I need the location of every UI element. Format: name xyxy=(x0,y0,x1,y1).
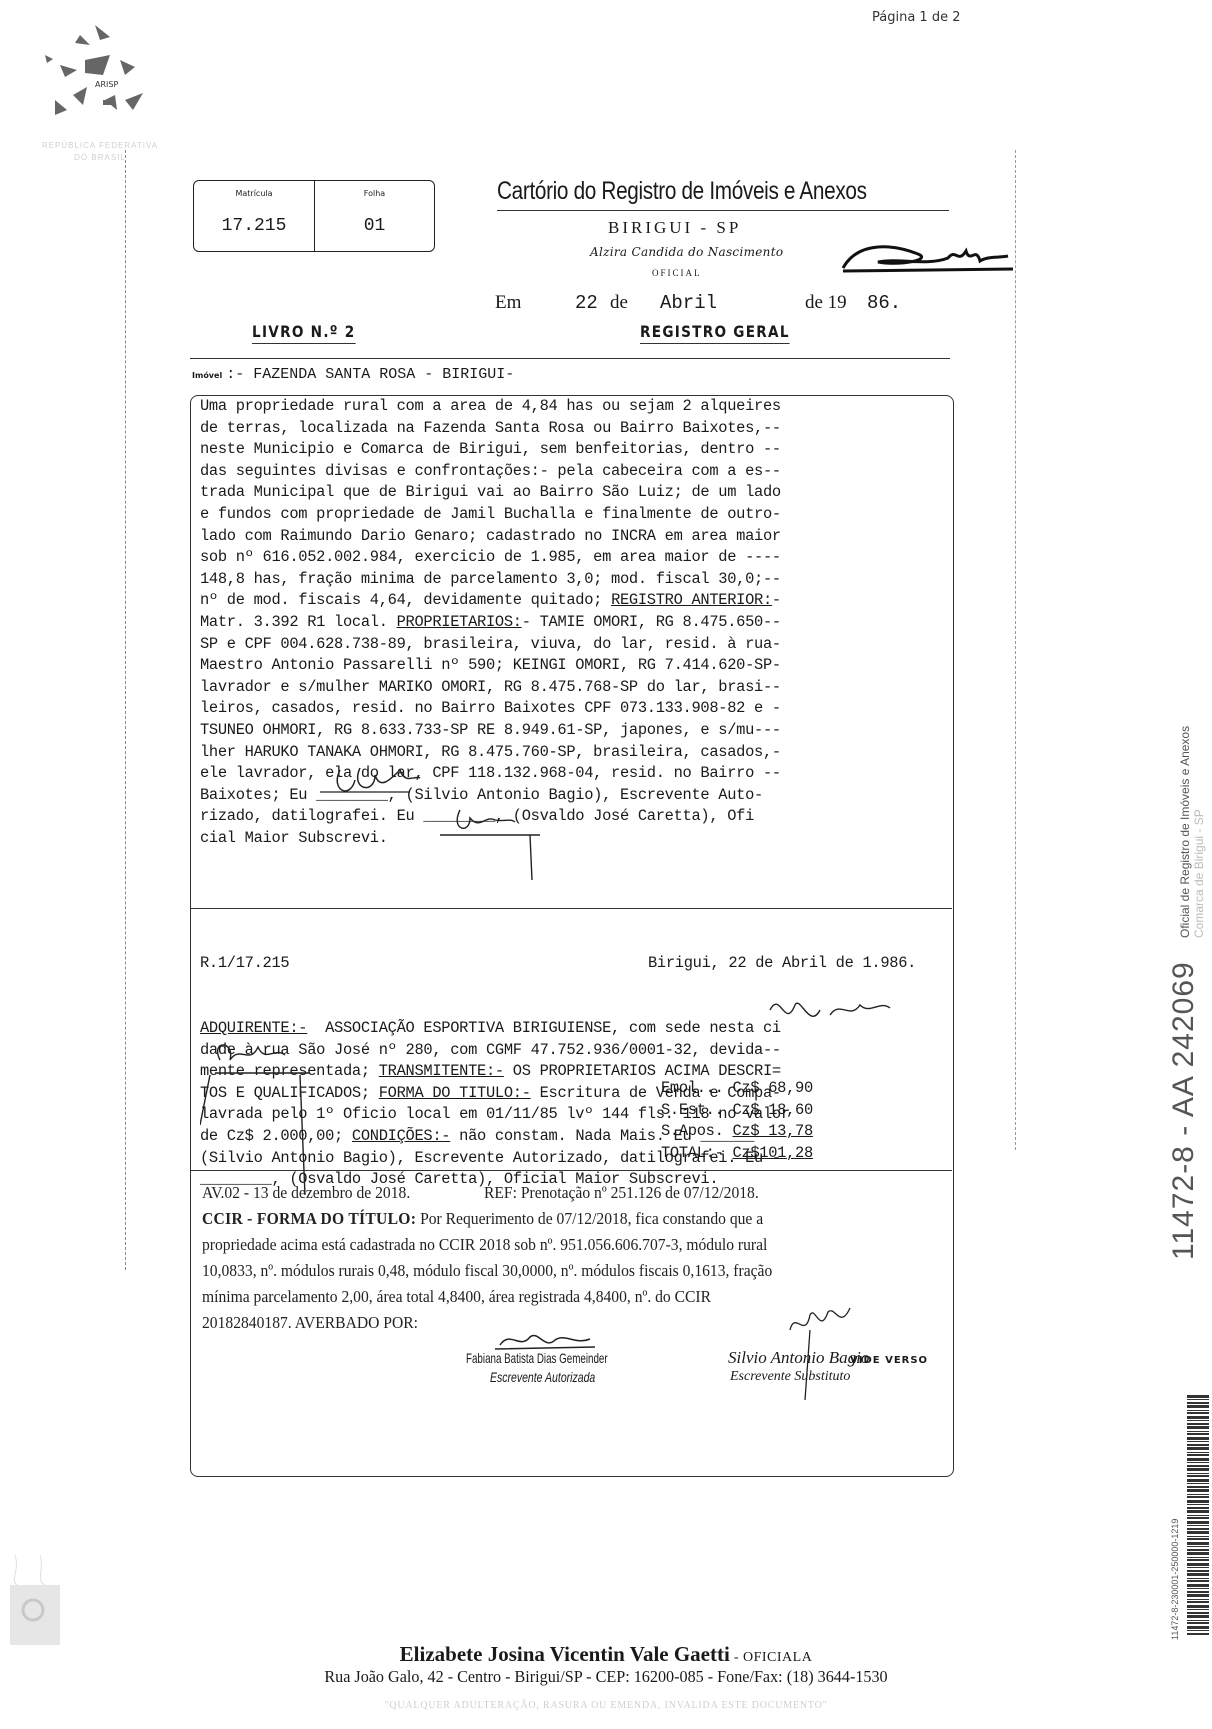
margin-line xyxy=(1015,150,1017,1150)
matricula-cell: Matrícula 17.215 xyxy=(194,181,315,251)
signer2-name: Silvio Antonio Bagio xyxy=(728,1348,869,1368)
security-stamp-icon xyxy=(5,1555,60,1645)
fee-label: S.Apos. xyxy=(661,1122,733,1140)
vide-verso-note: VIDE VERSO xyxy=(850,1355,928,1366)
divider xyxy=(190,908,952,909)
fee-value: Cz$ 18,60 xyxy=(733,1101,813,1119)
officer-title: OFICIAL xyxy=(652,268,702,278)
svg-text:ARISP: ARISP xyxy=(95,80,118,89)
text-line: leiros, casados, resid. no Bairro Baixot… xyxy=(200,698,781,720)
text-line: SP e CPF 004.628.738-89, brasileira, viu… xyxy=(200,634,781,656)
av02-line: CCIR - FORMA DO TÍTULO: Por Requerimento… xyxy=(202,1206,888,1232)
footer-warning: "QUALQUER ADULTERAÇÃO, RASURA OU EMENDA,… xyxy=(0,1700,1212,1711)
folha-label: Folha xyxy=(315,189,434,198)
divider xyxy=(190,358,950,359)
margin-line xyxy=(125,150,127,1270)
underlined-heading: PROPRIETARIOS: xyxy=(397,613,522,631)
text-line: trada Municipal que de Birigui vai ao Ba… xyxy=(200,482,781,504)
matricula-value: 17.215 xyxy=(194,216,314,236)
folha-value: 01 xyxy=(315,216,434,236)
office-title: Cartório do Registro de Imóveis e Anexos xyxy=(497,177,867,206)
av02-ref: REF: Prenotação nº 251.126 de 07/12/2018… xyxy=(484,1183,759,1202)
office-city: BIRIGUI - SP xyxy=(608,218,741,238)
date-year-prefix: de 19 xyxy=(805,292,847,314)
footer-officer-role: - OFICIALA xyxy=(730,1650,813,1665)
date-prefix: Em xyxy=(495,292,521,314)
officer-name: Alzira Candida do Nascimento xyxy=(590,245,783,259)
date-month: Abril xyxy=(660,292,717,314)
av02-line: 10,0833, nº. módulos rurais 0,48, módulo… xyxy=(202,1258,888,1284)
fees-table: Emol... Cz$ 68,90S.Est.. Cz$ 18,60S.Apos… xyxy=(661,1078,813,1164)
text-line: Uma propriedade rural com a area de 4,84… xyxy=(200,396,781,418)
folha-cell: Folha 01 xyxy=(315,181,434,251)
handwritten-signature-icon xyxy=(320,760,620,880)
divider xyxy=(497,210,949,211)
property-name: :- FAZENDA SANTA ROSA - BIRIGUI- xyxy=(226,366,514,383)
av02-line: propriedade acima está cadastrada no CCI… xyxy=(202,1232,888,1258)
registration-date: Em 22 de Abril de 19 86. xyxy=(495,292,915,316)
footer-officer-name: Elizabete Josina Vicentin Vale Gaetti xyxy=(400,1642,730,1666)
date-day: 22 xyxy=(575,292,598,314)
fee-value: Cz$101,28 xyxy=(733,1144,813,1162)
security-serial-number: 11472-8 - AA 242069 xyxy=(1167,961,1201,1260)
seal-caption: REPÚBLICA FEDERATIVA DO BRASIL xyxy=(35,140,165,164)
text-line: neste Municipio e Comarca de Birigui, se… xyxy=(200,439,781,461)
text-line: 148,8 has, fração minima de parcelamento… xyxy=(200,569,781,591)
officer-signature-icon xyxy=(838,236,1013,276)
underlined-heading: FORMA DO TITULO:- xyxy=(379,1084,531,1102)
fee-value: Cz$ 68,90 xyxy=(733,1079,813,1097)
seal-caption-line: DO BRASIL xyxy=(35,152,165,164)
barcode-icon xyxy=(1187,1395,1209,1635)
fee-row: S.Est.. Cz$ 18,60 xyxy=(661,1100,813,1122)
property-prefix: Imóvel xyxy=(192,371,222,380)
signer1-name: Fabiana Batista Dias Gemeinder xyxy=(466,1350,608,1366)
fee-label: TOTAL:- xyxy=(661,1144,733,1162)
fee-value: Cz$ 13,78 xyxy=(733,1122,813,1140)
underlined-heading: REGISTRO ANTERIOR: xyxy=(611,591,772,609)
r1-date: Birigui, 22 de Abril de 1.986. xyxy=(648,953,916,975)
text-line: lado com Raimundo Dario Genaro; cadastra… xyxy=(200,526,781,548)
r1-id: R.1/17.215 xyxy=(200,953,648,975)
fee-row: Emol... Cz$ 68,90 xyxy=(661,1078,813,1100)
fee-label: Emol... xyxy=(661,1079,733,1097)
date-de: de xyxy=(610,292,628,314)
page-indicator: Página 1 de 2 xyxy=(872,10,960,25)
text-line: Maestro Antonio Passarelli nº 590; KEING… xyxy=(200,655,781,677)
date-year-suffix: 86. xyxy=(867,292,901,314)
r1-header: R.1/17.215 Birigui, 22 de Abril de 1.986… xyxy=(200,953,916,975)
text-line: de terras, localizada na Fazenda Santa R… xyxy=(200,418,781,440)
text-line: lavrador e s/mulher MARIKO OMORI, RG 8.4… xyxy=(200,677,781,699)
handwritten-signature-icon xyxy=(760,990,900,1040)
handwritten-signature-icon xyxy=(200,1035,400,1195)
side-office-line: Oficial de Registro de Imóveis e Anexos xyxy=(1178,726,1192,938)
footer-officer: Elizabete Josina Vicentin Vale Gaetti - … xyxy=(0,1642,1212,1667)
text-line: Matr. 3.392 R1 local. PROPRIETARIOS:- TA… xyxy=(200,612,781,634)
property-line: Imóvel:- FAZENDA SANTA ROSA - BIRIGUI- xyxy=(192,366,514,383)
footer-address: Rua João Galo, 42 - Centro - Birigui/SP … xyxy=(30,1667,1181,1687)
text-line: TSUNEO OHMORI, RG 8.633.733-SP RE 8.949.… xyxy=(200,720,781,742)
text-line: nº de mod. fiscais 4,64, devidamente qui… xyxy=(200,590,781,612)
registry-label: REGISTRO GERAL xyxy=(640,322,790,344)
signer2-role: Escrevente Substituto xyxy=(730,1369,850,1385)
coat-of-arms-seal-icon: ARISP xyxy=(25,15,155,125)
matricula-box: Matrícula 17.215 Folha 01 xyxy=(193,180,435,252)
matricula-label: Matrícula xyxy=(194,189,314,198)
text-line: das seguintes divisas e confrontações:- … xyxy=(200,461,781,483)
fee-label: S.Est.. xyxy=(661,1101,733,1119)
side-office-label: Oficial de Registro de Imóveis e Anexos … xyxy=(1178,726,1206,938)
fee-row: TOTAL:- Cz$101,28 xyxy=(661,1143,813,1165)
text-line: sob nº 616.052.002.984, exercicio de 1.9… xyxy=(200,547,781,569)
av02-text: Por Requerimento de 07/12/2018, fica con… xyxy=(416,1209,763,1228)
side-office-line: Comarca de Birigui - SP xyxy=(1192,726,1206,938)
seal-caption-line: REPÚBLICA FEDERATIVA xyxy=(35,140,165,152)
signer1-role: Escrevente Autorizada xyxy=(490,1369,595,1385)
fee-row: S.Apos. Cz$ 13,78 xyxy=(661,1121,813,1143)
barcode-number: 11472-8-230001-250000-1219 xyxy=(1170,1519,1180,1640)
av02-title: CCIR - FORMA DO TÍTULO: xyxy=(202,1209,416,1228)
book-label: LIVRO N.º 2 xyxy=(252,322,355,344)
text-line: e fundos com propriedade de Jamil Buchal… xyxy=(200,504,781,526)
